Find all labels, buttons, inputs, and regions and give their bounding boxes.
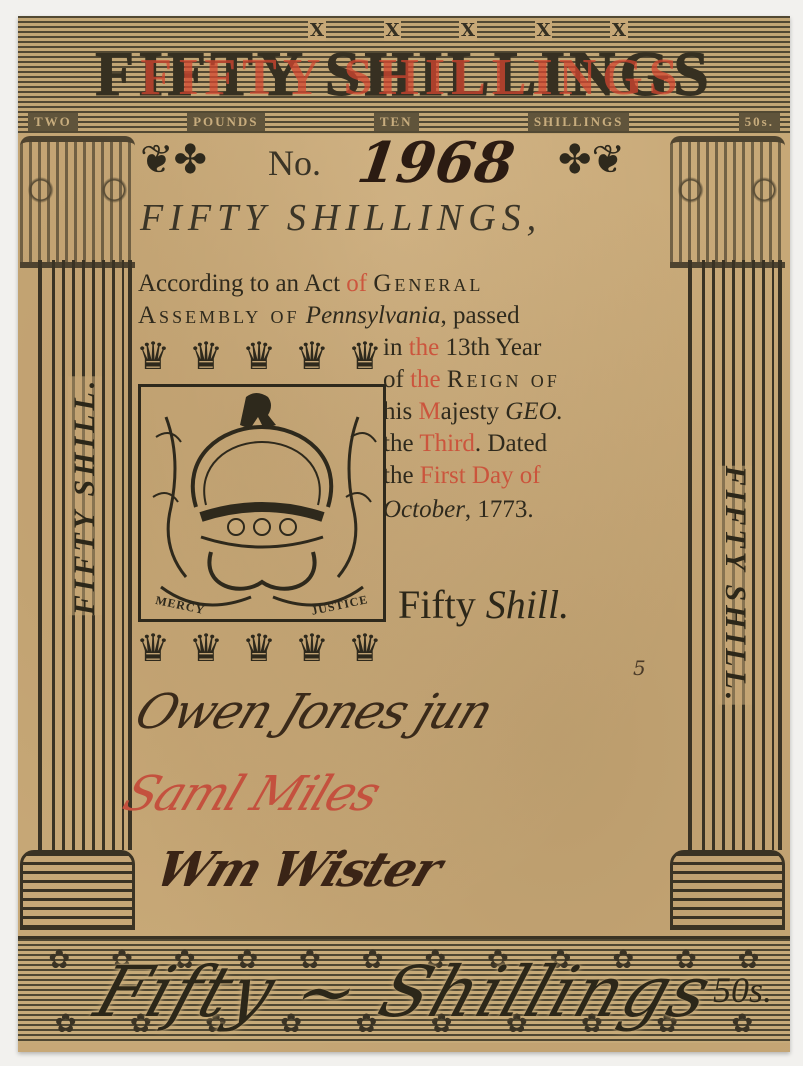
crown-icon: ♛ xyxy=(348,628,382,668)
banknote: X X X X X FIFTY SHILLINGS FIFTY SHILLING… xyxy=(18,16,790,1052)
act-text-fragment: General xyxy=(373,270,483,297)
crown-icon: ♛ xyxy=(295,336,329,376)
act-italic-fragment: Pennsylvania xyxy=(306,302,441,329)
act-text-fragment: Reign of xyxy=(447,366,560,393)
act-italic-fragment: October xyxy=(383,496,465,523)
bottom-value: 50s. xyxy=(713,969,772,1011)
crown-icon: ♛ xyxy=(295,628,329,668)
act-text-fragment: the xyxy=(383,430,414,457)
fleuron-ornament-icon: ❦✤ xyxy=(140,140,207,180)
act-text-fragment: Assembly of xyxy=(138,302,300,329)
act-line-2: Assembly of Pennsylvania, passed xyxy=(138,300,520,331)
act-line-6: the Third. Dated xyxy=(383,428,547,459)
bottom-script-text: Fifty ~ Shillings xyxy=(3,947,803,1037)
denomination-script: FIFTY SHILLINGS, xyxy=(140,196,542,240)
handwritten-mark: 5 xyxy=(633,656,646,680)
fifty-shill-label: Fifty Shill. xyxy=(398,581,569,628)
act-line-8: October, 1773. xyxy=(383,494,534,525)
crown-icon: ♛ xyxy=(189,336,223,376)
coat-of-arms-emblem: MERCY JUSTICE xyxy=(138,384,386,622)
right-column: FIFTY SHILL. xyxy=(670,136,785,936)
act-text-fragment: in xyxy=(383,334,402,361)
crown-icon: ♛ xyxy=(189,628,223,668)
bottom-border-band: ✿✿✿✿✿✿✿✿✿✿✿✿ ✿✿✿✿✿✿✿✿✿✿ Fifty ~ Shilling… xyxy=(18,936,790,1043)
act-red-fragment: M xyxy=(418,398,440,425)
column-base xyxy=(20,850,135,930)
column-base xyxy=(670,850,785,930)
act-line-7: the First Day of xyxy=(383,460,541,491)
shill-word: Shill. xyxy=(486,582,569,627)
act-red-fragment: the xyxy=(409,334,440,361)
act-red-fragment: of xyxy=(346,270,367,297)
subtitle-word: POUNDS xyxy=(187,113,264,131)
signature-saml-miles: Saml Miles xyxy=(116,766,387,822)
subtitle-word: TWO xyxy=(28,113,78,131)
act-text-fragment: of xyxy=(383,366,404,393)
corinthian-capital-icon xyxy=(20,136,135,268)
act-line-5: his Majesty GEO. xyxy=(383,396,563,427)
subtitle-word: TEN xyxy=(374,113,419,131)
subtitle-value: 50s. xyxy=(739,113,780,131)
act-text-fragment: , 1773. xyxy=(465,496,534,523)
act-text-fragment: According to an Act xyxy=(138,270,340,297)
act-red-fragment: Third xyxy=(419,430,475,457)
fluted-shaft: FIFTY SHILL. xyxy=(688,260,782,850)
lion-cartouche-icon xyxy=(141,387,383,619)
signature-owen-jones: Owen Jones jun xyxy=(128,684,499,740)
act-text-fragment: 13th Year xyxy=(446,334,542,361)
act-line-4: of the Reign of xyxy=(383,364,560,395)
crown-icon: ♛ xyxy=(136,336,170,376)
act-text-fragment: the xyxy=(383,462,414,489)
act-text-fragment: his xyxy=(383,398,412,425)
corinthian-capital-icon xyxy=(670,136,785,268)
signature-wm-wister: Wm Wister xyxy=(148,842,448,898)
crown-icon: ♛ xyxy=(242,628,276,668)
act-text-fragment: , passed xyxy=(440,302,519,329)
act-line-1: According to an Act of General xyxy=(138,268,483,299)
right-column-text: FIFTY SHILL. xyxy=(718,465,752,704)
fifty-word: Fifty xyxy=(398,582,476,627)
top-border-band: X X X X X FIFTY SHILLINGS FIFTY SHILLING… xyxy=(18,16,790,134)
serial-label: No. xyxy=(268,142,321,184)
top-subtitle: TWO POUNDS TEN SHILLINGS 50s. xyxy=(28,112,780,132)
crown-row-bottom: ♛ ♛ ♛ ♛ ♛ xyxy=(136,628,382,668)
subtitle-word: SHILLINGS xyxy=(528,113,630,131)
crown-icon: ♛ xyxy=(136,628,170,668)
act-red-fragment: the xyxy=(410,366,441,393)
crown-icon: ♛ xyxy=(242,336,276,376)
act-italic-fragment: GEO. xyxy=(505,398,563,425)
serial-number: 1968 xyxy=(353,130,518,196)
act-line-3: in the 13th Year xyxy=(383,332,541,363)
act-text-fragment: . Dated xyxy=(475,430,547,457)
top-red-overprint: FIFTY SHILLINGS xyxy=(32,52,792,104)
fluted-shaft: FIFTY SHILL. xyxy=(38,260,132,850)
fleuron-ornament-icon: ✤❦ xyxy=(558,140,625,180)
act-text-fragment: ajesty xyxy=(441,398,499,425)
act-red-fragment: First Day of xyxy=(420,462,541,489)
left-column-text: FIFTY SHILL. xyxy=(68,377,102,616)
crown-icon: ♛ xyxy=(348,336,382,376)
crown-row-top: ♛ ♛ ♛ ♛ ♛ xyxy=(136,336,382,376)
